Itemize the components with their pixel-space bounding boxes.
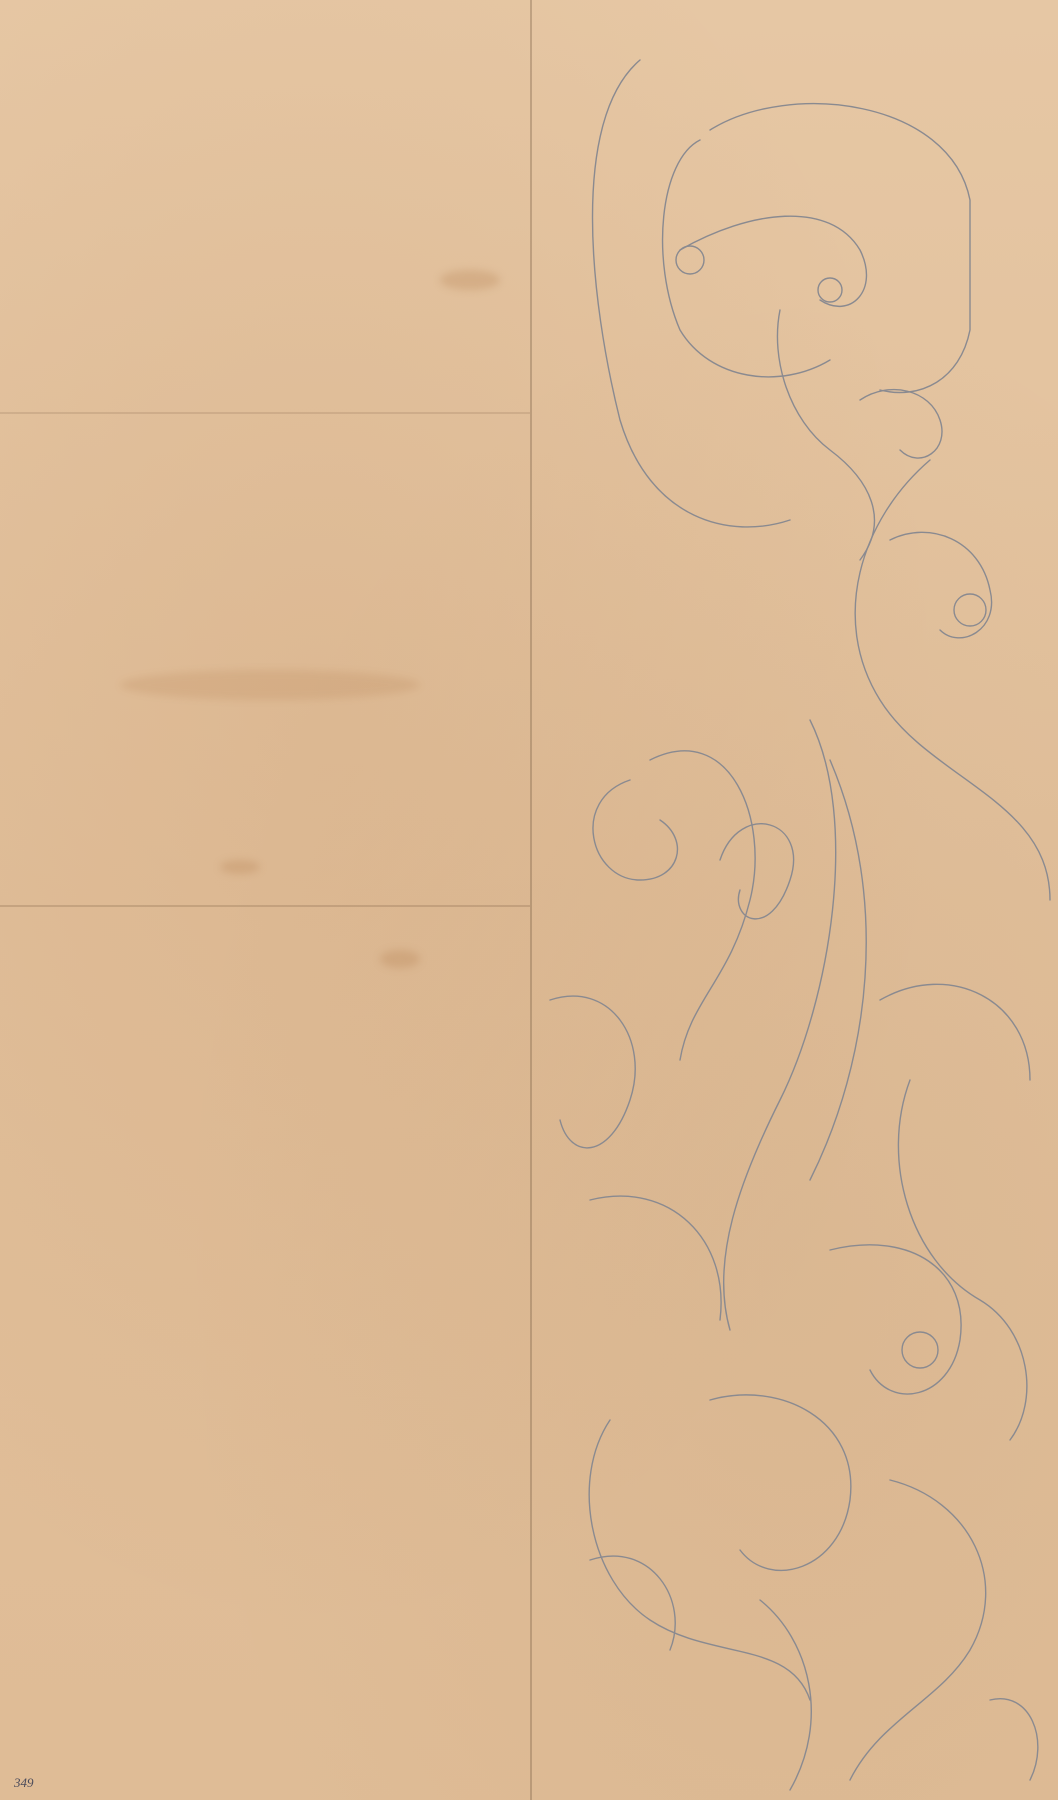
ornamental-scrollwork-sketch — [530, 0, 1058, 1800]
foxing-stain — [440, 270, 500, 290]
paper-sheet: 349 — [0, 0, 1058, 1800]
foxing-stain — [120, 670, 420, 700]
horizontal-fold-line-lower — [0, 905, 530, 907]
foxing-stain — [380, 950, 420, 968]
foxing-stain — [220, 860, 260, 874]
horizontal-fold-line-upper — [0, 412, 530, 414]
inventory-number: 349 — [14, 1775, 34, 1791]
